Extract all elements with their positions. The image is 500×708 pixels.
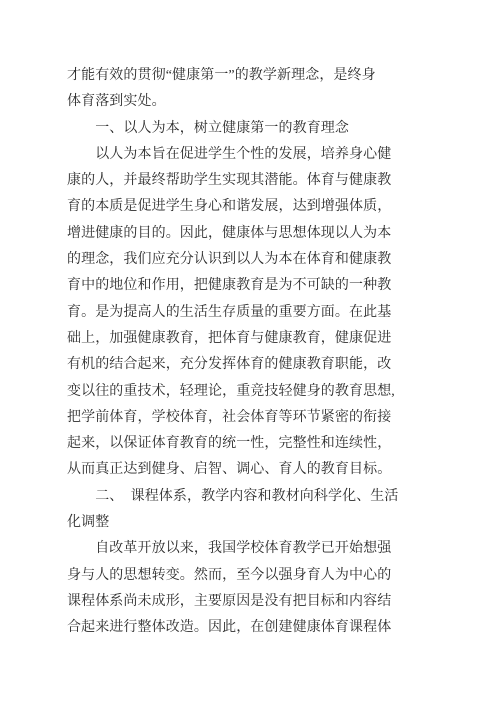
text-line: 育的本质是促进学生身心和谐发展，达到增强体质， [67, 194, 399, 220]
text-line: 把学前体育，学校体育，社会体育等环节紧密的衔接 [67, 405, 399, 431]
text-line: 课程体系尚未成形，主要原因是没有把目标和内容结 [67, 589, 399, 615]
text-line: 以人为本旨在促进学生个性的发展，培养身心健 [67, 142, 399, 168]
text-line: 从而真正达到健身、启智、调心、育人的教育目标。 [67, 457, 399, 483]
text-line: 育。是为提高人的生活生存质量的重要方面。在此基 [67, 300, 399, 326]
text-line: 合起来进行整体改造。因此，在创建健康体育课程体 [67, 615, 399, 641]
document-page: 才能有效的贯彻“健康第一”的教学新理念，是终身 体育落到实处。 一、以人为本，树… [0, 0, 500, 708]
text-line: 的理念，我们应充分认识到以人为本在体育和健康教 [67, 247, 399, 273]
text-line: 础上，加强健康教育，把体育与健康教育，健康促进 [67, 326, 399, 352]
text-line: 身与人的思想转变。然而，至今以强身育人为中心的 [67, 563, 399, 589]
text-line: 有机的结合起来，充分发挥体育的健康教育职能，改 [67, 352, 399, 378]
text-line: 才能有效的贯彻“健康第一”的教学新理念，是终身 [67, 63, 399, 89]
text-line: 康的人，并最终帮助学生实现其潜能。体育与健康教 [67, 168, 399, 194]
text-line: 起来，以保证体育教育的统一性，完整性和连续性， [67, 431, 399, 457]
text-line: 育中的地位和作用，把健康教育是为不可缺的一种教 [67, 273, 399, 299]
text-line: 自改革开放以来，我国学校体育教学已开始想强 [67, 536, 399, 562]
text-line: 增进健康的目的。因此，健康体与思想体现以人为本 [67, 221, 399, 247]
text-line: 体育落到实处。 [67, 89, 399, 115]
section-heading-2: 二、 课程体系，教学内容和教材向科学化、生活 [67, 484, 399, 510]
text-line: 变以往的重技术，轻理论，重竞技轻健身的教育思想, [67, 379, 399, 405]
section-heading-1: 一、以人为本，树立健康第一的教育理念 [67, 116, 399, 142]
text-block: 才能有效的贯彻“健康第一”的教学新理念，是终身 体育落到实处。 一、以人为本，树… [67, 63, 399, 642]
text-line: 化调整 [67, 510, 399, 536]
